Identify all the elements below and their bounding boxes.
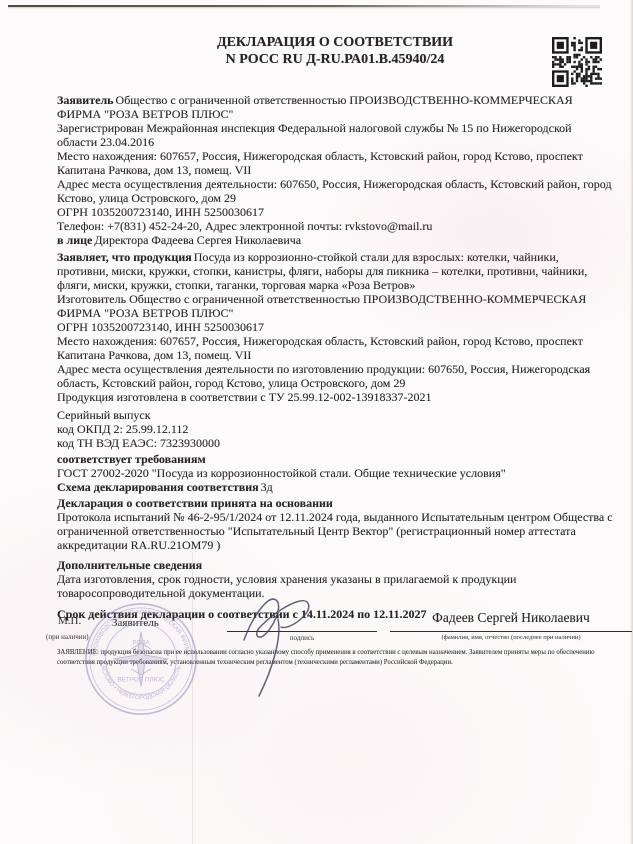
manufacturer-name: Изготовитель Общество с ограниченной отв… xyxy=(57,292,613,320)
applicant-name: Общество с ограниченной ответственностью… xyxy=(57,93,573,121)
company-round-stamp: ПРОИЗВОДСТВЕННО-КОММЕРЧЕСКАЯ ФИРМА КСТОВ… xyxy=(82,600,200,718)
product-paragraph: Заявляет, что продукцияПосуда из коррози… xyxy=(57,250,613,292)
stamp-center-top-text: РОЗА xyxy=(132,639,150,646)
serial-release: Серийный выпуск xyxy=(57,408,613,422)
applicant-registration: Зарегистрирован Межрайонная инспекция Фе… xyxy=(57,121,613,149)
product-lead: Заявляет, что продукция xyxy=(57,250,194,264)
test-protocol: Протокола испытаний № 46-2-95/1/2024 от … xyxy=(57,510,613,552)
name-caption: (фамилия, имя, отчество (последнее при н… xyxy=(390,634,632,641)
declaration-document: ДЕКЛАРАЦИЯ О СООТВЕТСТВИИ N РОСС RU Д-RU… xyxy=(0,0,633,844)
applicant-location: Место нахождения: 607657, Россия, Нижего… xyxy=(57,149,613,177)
scan-edge-top xyxy=(8,5,600,7)
title-line: ДЕКЛАРАЦИЯ О СООТВЕТСТВИИ xyxy=(57,34,613,51)
applicant-person: в лицеДиректора Фадеева Сергея Николаеви… xyxy=(57,233,613,247)
okpd-code: код ОКПД 2: 25.99.12.112 xyxy=(57,422,613,436)
scheme-value: 3д xyxy=(261,480,273,494)
document-body: ДЕКЛАРАЦИЯ О СООТВЕТСТВИИ N РОСС RU Д-RU… xyxy=(57,34,613,621)
additional-heading: Дополнительные сведения xyxy=(57,558,613,572)
manufacturer-production-address: Адрес места осуществления деятельности п… xyxy=(57,362,613,390)
declaration-number: N РОСС RU Д-RU.РА01.В.45940/24 xyxy=(57,51,613,68)
manufacturer-tu: Продукция изготовлена в соответствии с Т… xyxy=(57,390,613,404)
handwritten-signature xyxy=(236,586,366,704)
applicant-phone-email: Телефон: +7(831) 452-24-20, Адрес электр… xyxy=(57,219,613,233)
tnved-code: код ТН ВЭД ЕАЭС: 7323930000 xyxy=(57,436,613,450)
manufacturer-ogrn-inn: ОГРН 1035200723140, ИНН 5250030617 xyxy=(57,320,613,334)
person-lead: в лице xyxy=(57,233,94,247)
declaration-scheme: Схема декларирования соответствия3д xyxy=(57,480,613,494)
compliance-heading: соответствует требованиям xyxy=(57,452,613,466)
gost-reference: ГОСТ 27002-2020 "Посуда из коррозионност… xyxy=(57,466,613,480)
name-line xyxy=(390,631,632,632)
basis-heading: Декларация о соответствии принята на осн… xyxy=(57,496,613,510)
applicant-paragraph: ЗаявительОбщество с ограниченной ответст… xyxy=(57,93,613,121)
applicant-lead: Заявитель xyxy=(57,93,116,107)
person-name: Директора Фадеева Сергея Николаевича xyxy=(94,233,301,247)
applicant-activity-address: Адрес места осуществления деятельности: … xyxy=(57,177,613,205)
stamp-center-bottom-text: ВЕТРОВ ПЛЮС xyxy=(117,677,165,684)
applicant-ogrn-inn: ОГРН 1035200723140, ИНН 5250030617 xyxy=(57,205,613,219)
manufacturer-location: Место нахождения: 607657, Россия, Нижего… xyxy=(57,334,613,362)
scheme-lead: Схема декларирования соответствия xyxy=(57,480,261,494)
document-title: ДЕКЛАРАЦИЯ О СООТВЕТСТВИИ N РОСС RU Д-RU… xyxy=(57,34,613,68)
